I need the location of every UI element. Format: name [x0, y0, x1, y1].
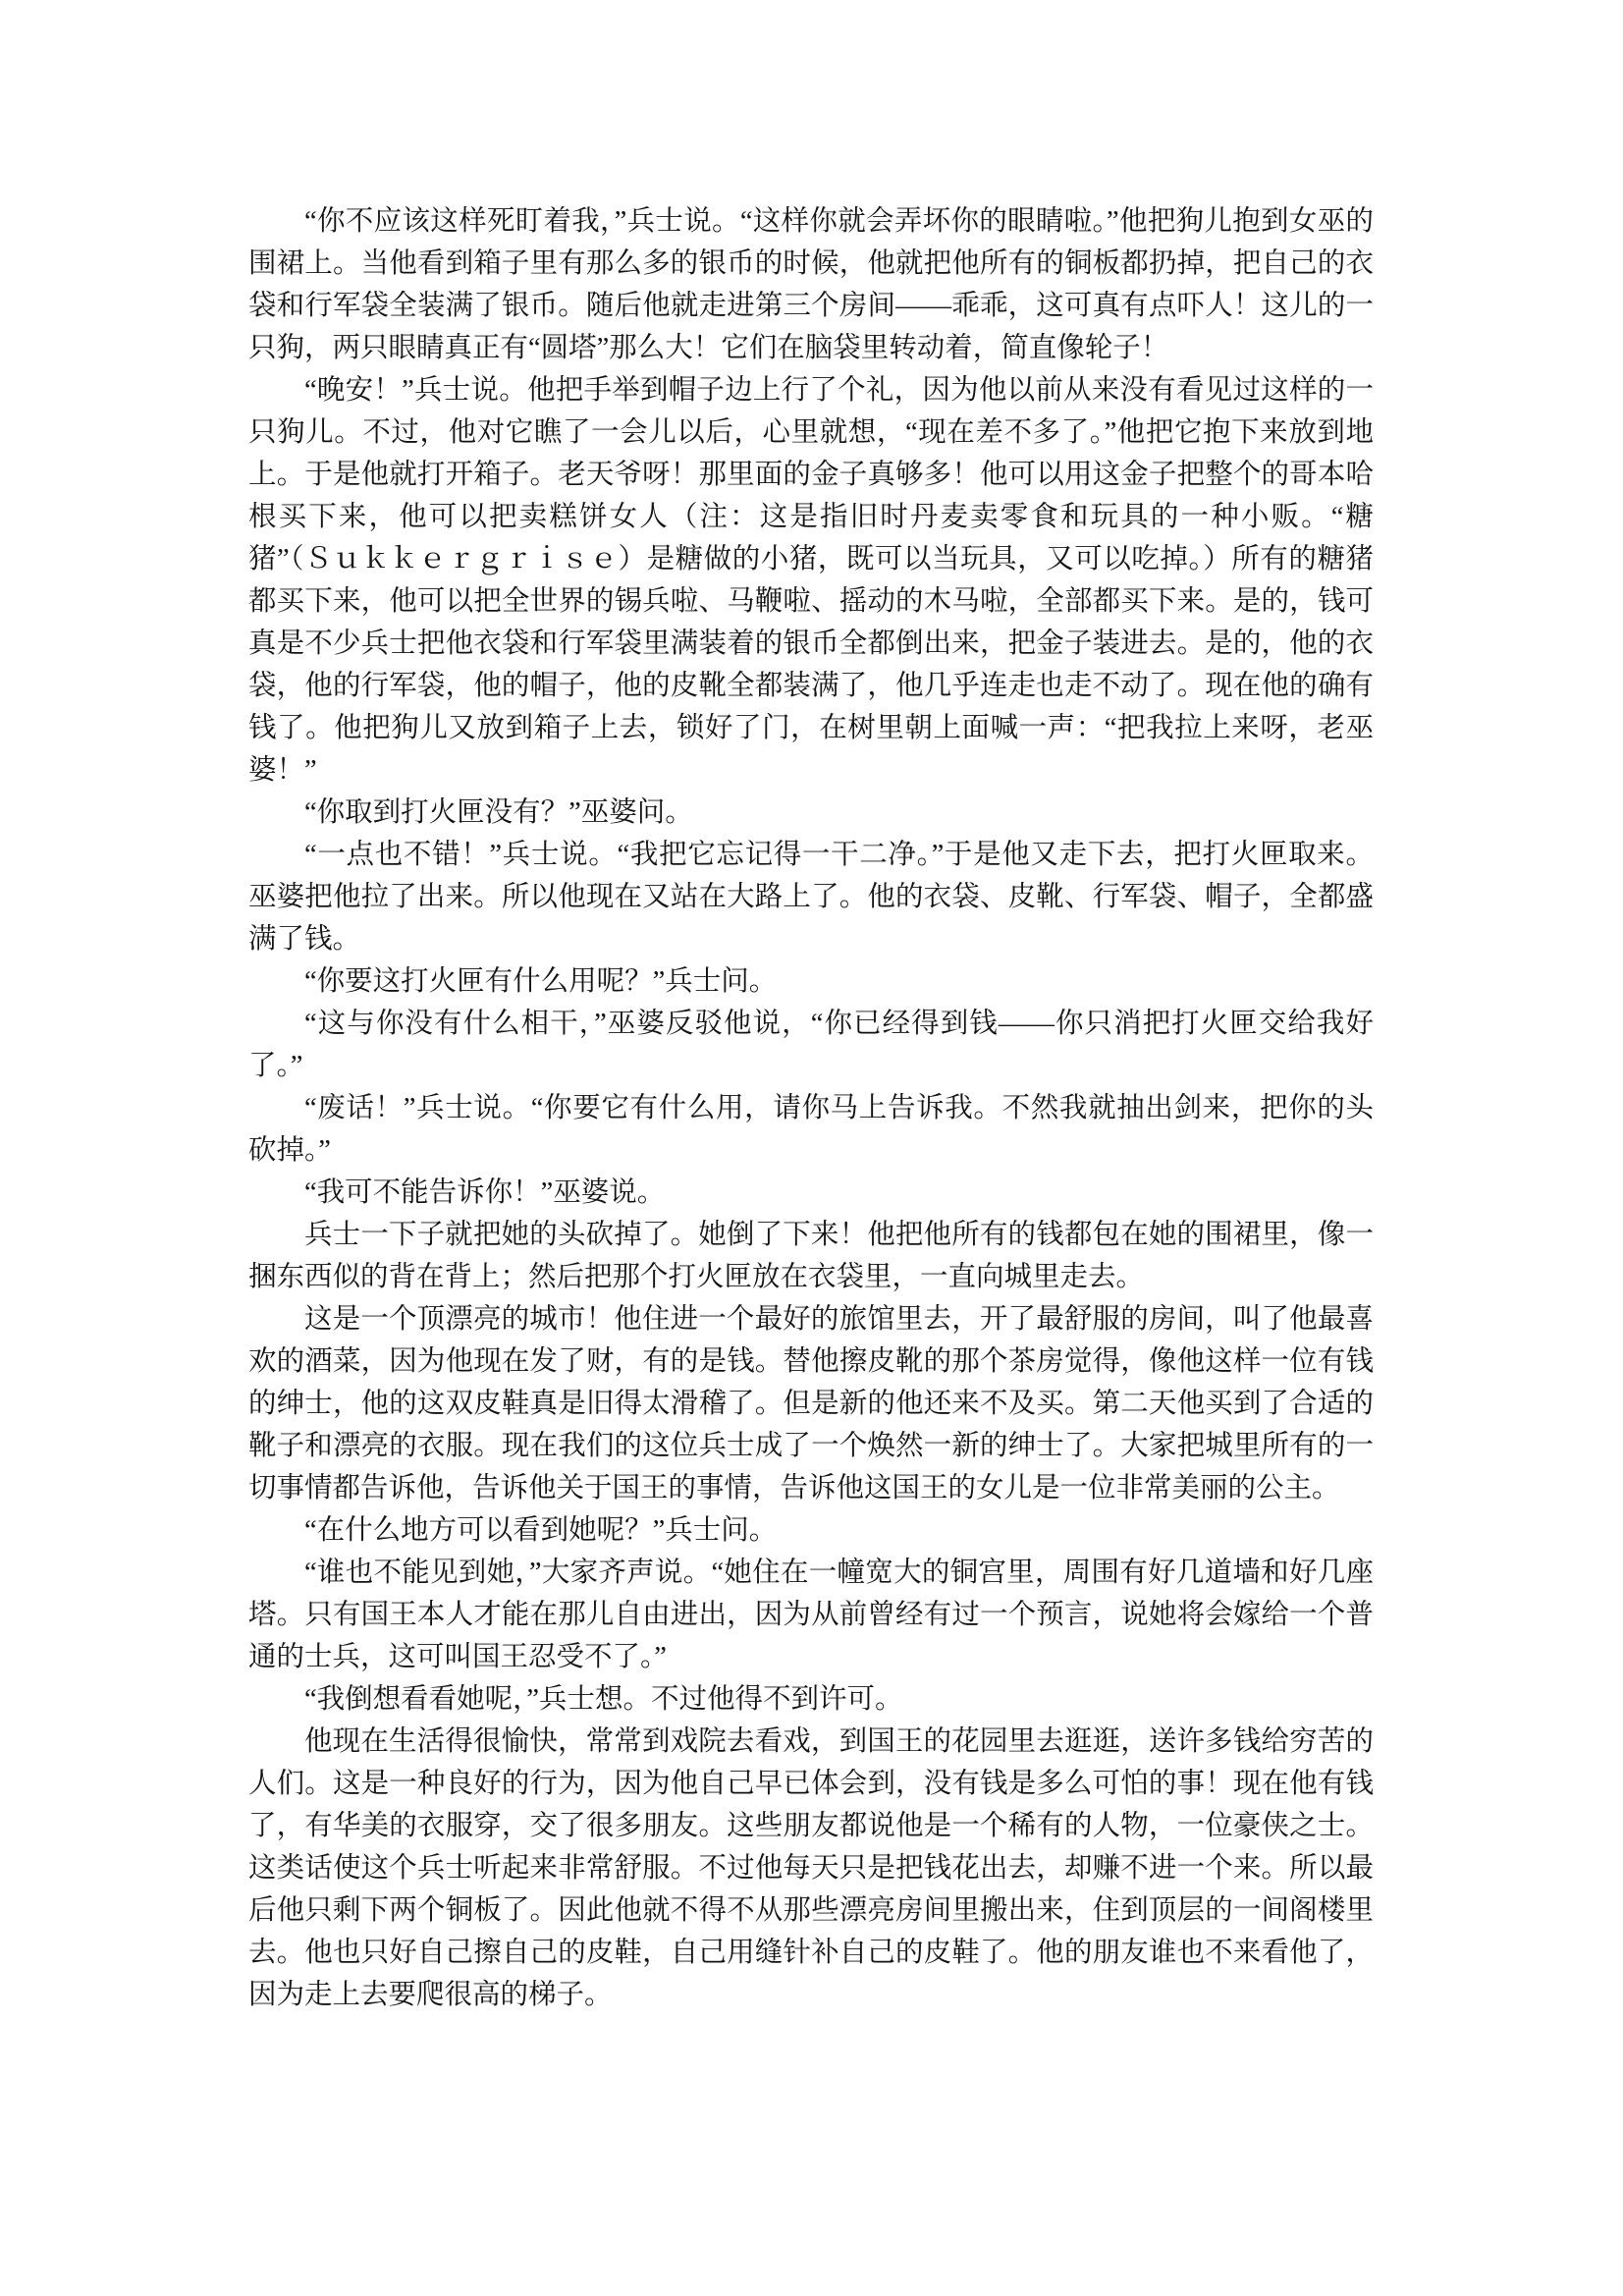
paragraph: “废话！”兵士说。“你要它有什么用，请你马上告诉我。不然我就抽出剑来，把你的头砍… [248, 1087, 1374, 1172]
paragraph: “晚安！”兵士说。他把手举到帽子边上行了个礼，因为他以前从来没有看见过这样的一只… [248, 369, 1374, 792]
paragraph: 这是一个顶漂亮的城市！他住进一个最好的旅馆里去，开了最舒服的房间，叫了他最喜欢的… [248, 1298, 1374, 1509]
paragraph: “在什么地方可以看到她呢？”兵士问。 [248, 1509, 1374, 1552]
document-page: “你不应该这样死盯着我，”兵士说。“这样你就会弄坏你的眼睛啦。”他把狗儿抱到女巫… [0, 0, 1623, 2296]
paragraph: 他现在生活得很愉快，常常到戏院去看戏，到国王的花园里去逛逛，送许多钱给穷苦的人们… [248, 1721, 1374, 2016]
story-text-block: “你不应该这样死盯着我，”兵士说。“这样你就会弄坏你的眼睛啦。”他把狗儿抱到女巫… [248, 200, 1374, 2016]
paragraph: “你取到打火匣没有？”巫婆问。 [248, 792, 1374, 834]
paragraph: “谁也不能见到她，”大家齐声说。“她住在一幢宽大的铜宫里，周围有好几道墙和好几座… [248, 1552, 1374, 1678]
paragraph: “我可不能告诉你！”巫婆说。 [248, 1172, 1374, 1214]
paragraph: “你要这打火匣有什么用呢？”兵士问。 [248, 960, 1374, 1003]
paragraph: “一点也不错！”兵士说。“我把它忘记得一干二净。”于是他又走下去，把打火匣取来。… [248, 834, 1374, 960]
paragraph: “你不应该这样死盯着我，”兵士说。“这样你就会弄坏你的眼睛啦。”他把狗儿抱到女巫… [248, 200, 1374, 369]
paragraph: “这与你没有什么相干，”巫婆反驳他说，“你已经得到钱——你只消把打火匣交给我好了… [248, 1003, 1374, 1087]
paragraph: 兵士一下子就把她的头砍掉了。她倒了下来！他把他所有的钱都包在她的围裙里，像一捆东… [248, 1214, 1374, 1298]
paragraph: “我倒想看看她呢，”兵士想。不过他得不到许可。 [248, 1678, 1374, 1721]
